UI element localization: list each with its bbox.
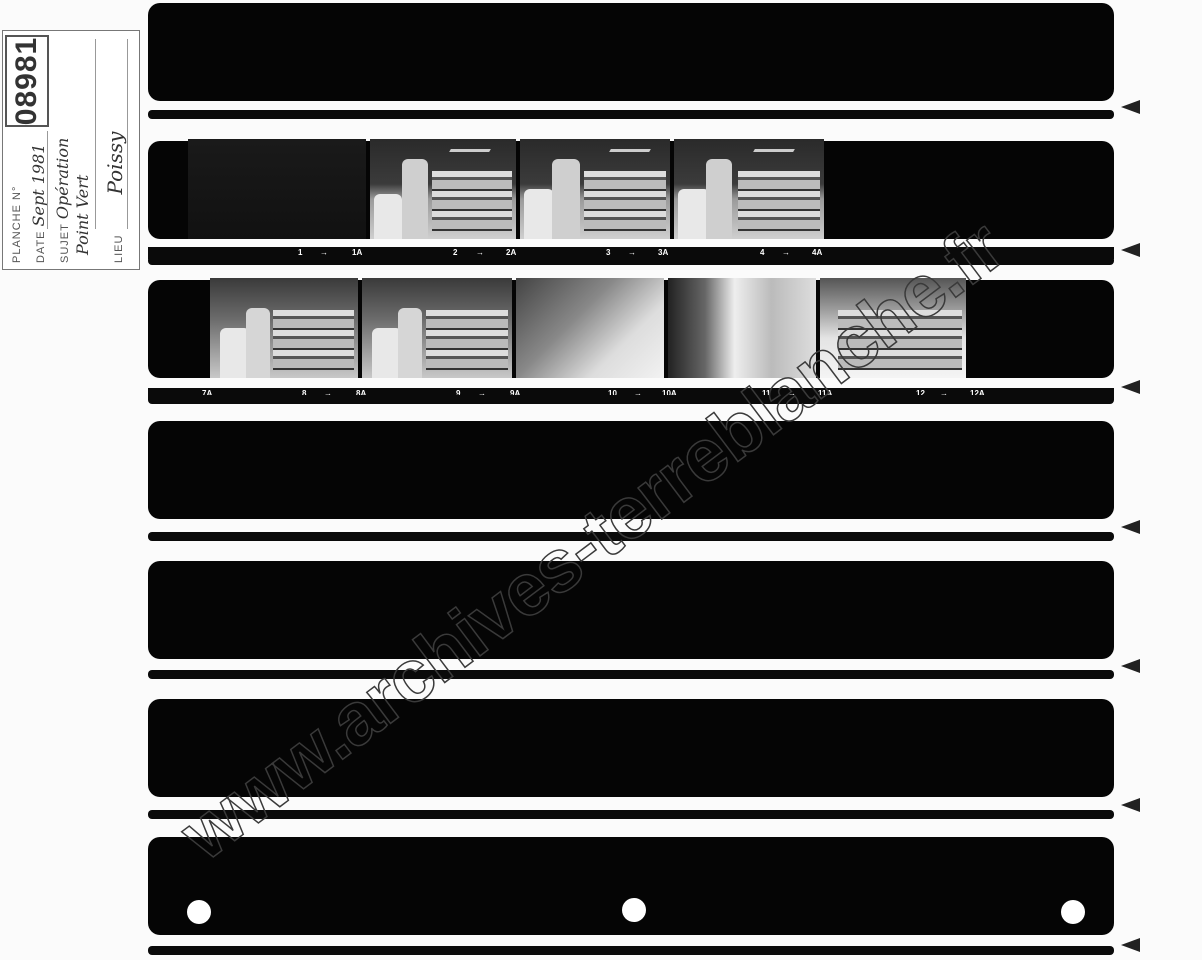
planche-label-text: PLANCHE N°	[11, 186, 23, 263]
display-shelf	[273, 310, 354, 370]
triangle-marker-icon	[1121, 938, 1140, 952]
sujet-line	[95, 39, 96, 229]
lieu-row: LIEUPoissy	[103, 132, 127, 263]
punch-hole-icon	[1061, 900, 1085, 924]
photo-frame	[188, 139, 366, 239]
film-edge-5	[148, 670, 1114, 679]
display-shelf	[738, 171, 821, 231]
figure-man	[552, 159, 580, 239]
photo-frame	[362, 278, 512, 378]
frames-strip-2	[188, 139, 824, 239]
date-line	[47, 131, 48, 229]
figure-man	[246, 308, 270, 378]
triangle-marker-icon	[1121, 798, 1140, 812]
planche-label: PLANCHE N°	[11, 186, 23, 263]
date-row: DATESept 1981	[29, 144, 48, 263]
ceiling-lamp	[753, 149, 795, 152]
figure-woman	[524, 189, 554, 239]
date-label: DATE	[35, 230, 47, 263]
photo-frame	[674, 139, 824, 239]
triangle-marker-icon	[1121, 100, 1140, 114]
photo-frame	[370, 139, 516, 239]
figure-man	[402, 159, 428, 239]
sujet-value-1: Opération	[53, 138, 72, 220]
sujet-row: SUJETOpération	[53, 138, 72, 263]
sujet-row-2: Point Vert	[73, 175, 92, 259]
punch-hole-icon	[187, 900, 211, 924]
triangle-marker-icon	[1121, 243, 1140, 257]
punch-hole-icon	[622, 898, 646, 922]
figure-woman	[374, 194, 402, 239]
triangle-marker-icon	[1121, 520, 1140, 534]
display-shelf	[426, 310, 509, 370]
lieu-line	[127, 39, 128, 229]
sujet-value-2: Point Vert	[73, 175, 92, 255]
display-shelf	[432, 171, 512, 231]
figure-man	[398, 308, 422, 378]
planche-number: 08981	[5, 35, 49, 127]
lieu-value: Poissy	[103, 132, 127, 195]
label-card: 08981 PLANCHE N° DATESept 1981 SUJETOpér…	[2, 30, 140, 270]
display-shelf	[584, 171, 667, 231]
ceiling-lamp	[609, 149, 651, 152]
film-edge-7	[148, 946, 1114, 955]
film-edge-3	[148, 395, 1114, 404]
photo-frame	[516, 278, 664, 378]
figure-man	[706, 159, 732, 239]
triangle-marker-icon	[1121, 380, 1140, 394]
film-strip-5	[148, 561, 1114, 659]
sujet-label: SUJET	[59, 223, 71, 263]
date-value: Sept 1981	[29, 144, 48, 227]
lieu-label: LIEU	[113, 235, 125, 263]
film-edge-1	[148, 110, 1114, 119]
triangle-marker-icon	[1121, 659, 1140, 673]
label-content: 08981 PLANCHE N° DATESept 1981 SUJETOpér…	[3, 31, 139, 269]
film-strip-1	[148, 3, 1114, 101]
ceiling-lamp	[449, 149, 491, 152]
photo-frame	[520, 139, 670, 239]
photo-frame	[210, 278, 358, 378]
